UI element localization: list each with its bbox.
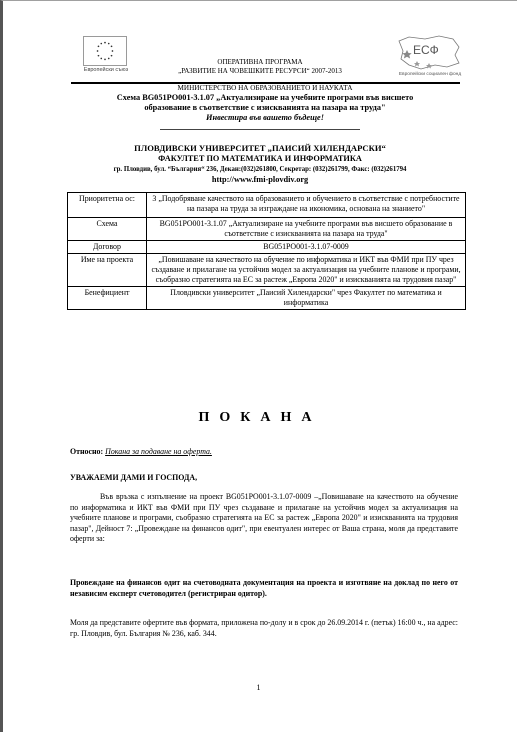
scheme-line1: Схема BG051PO001-3.1.07 „Актуализиране н…: [70, 93, 460, 103]
row-value: 3 „Подобряване качеството на образование…: [147, 193, 466, 218]
operational-programme-title: ОПЕРАТИВНА ПРОГРАМА „РАЗВИТИЕ НА ЧОВЕШКИ…: [140, 58, 380, 76]
row-value: Пловдивски университет „Паисий Хилендарс…: [147, 287, 466, 310]
slogan-divider: [160, 129, 360, 130]
op-line1: ОПЕРАТИВНА ПРОГРАМА: [140, 58, 380, 67]
row-label: Договор: [68, 241, 147, 254]
row-value: BG051PO001-3.1.07-0009: [147, 241, 466, 254]
deadline-paragraph: Моля да представите офертите във формата…: [70, 618, 458, 639]
regarding-value: Покана за подаване на оферта.: [105, 447, 212, 456]
faculty-name: ФАКУЛТЕТ ПО МАТЕМАТИКА И ИНФОРМАТИКА: [50, 154, 470, 164]
regarding-label: Относно:: [70, 447, 103, 456]
table-row: Име на проекта „Повишаване на качеството…: [68, 254, 466, 287]
service-description: Провеждане на финансов одит на счетоводн…: [70, 578, 458, 599]
row-label: Схема: [68, 218, 147, 241]
table-row: Приоритетна ос: 3 „Подобряване качествот…: [68, 193, 466, 218]
row-value: BG051PO001-3.1.07 „Актуализиране на учеб…: [147, 218, 466, 241]
document-title: ПОКАНА: [60, 410, 460, 426]
op-line2: „РАЗВИТИЕ НА ЧОВЕШКИТЕ РЕСУРСИ“ 2007-201…: [140, 67, 380, 76]
university-name: ПЛОВДИВСКИ УНИВЕРСИТЕТ „ПАИСИЙ ХИЛЕНДАРС…: [50, 143, 470, 154]
ministry-name: МИНИСТЕРСТВО НА ОБРАЗОВАНИЕТО И НАУКАТА: [70, 84, 460, 93]
table-row: Схема BG051PO001-3.1.07 „Актуализиране н…: [68, 218, 466, 241]
scheme-title: Схема BG051PO001-3.1.07 „Актуализиране н…: [70, 93, 460, 113]
page-number: 1: [0, 683, 517, 692]
row-label: Име на проекта: [68, 254, 147, 287]
eu-flag-logo: [83, 36, 127, 66]
row-label: Приоритетна ос:: [68, 193, 147, 218]
intro-paragraph: Във връзка с изпълнение на проект BG051P…: [70, 492, 458, 545]
faculty-website-link[interactable]: http://www.fmi-plovdiv.org: [50, 175, 470, 185]
project-info-table: Приоритетна ос: 3 „Подобряване качествот…: [67, 192, 466, 310]
eu-stars-icon: [84, 37, 126, 65]
faculty-address: гр. Пловдив, бул. “България“ 236, Декан:…: [40, 165, 480, 174]
esf-logo-text: ЕСФ: [413, 43, 439, 57]
regarding-line: Относно: Покана за подаване на оферта.: [70, 447, 212, 456]
row-value: „Повишаване на качеството на обучение по…: [147, 254, 466, 287]
row-label: Бенефициент: [68, 287, 147, 310]
esf-logo: ЕСФ: [395, 33, 463, 73]
esf-caption: Европейски социален фонд: [392, 72, 468, 77]
table-row: Договор BG051PO001-3.1.07-0009: [68, 241, 466, 254]
table-row: Бенефициент Пловдивски университет „Паис…: [68, 287, 466, 310]
greeting: УВАЖАЕМИ ДАМИ И ГОСПОДА,: [70, 473, 197, 482]
slogan: Инвестира във вашето бъдеще!: [70, 113, 460, 123]
scheme-line2: образование в съответствие с изискваният…: [70, 103, 460, 113]
eu-caption: Европейски съюз: [78, 67, 134, 73]
